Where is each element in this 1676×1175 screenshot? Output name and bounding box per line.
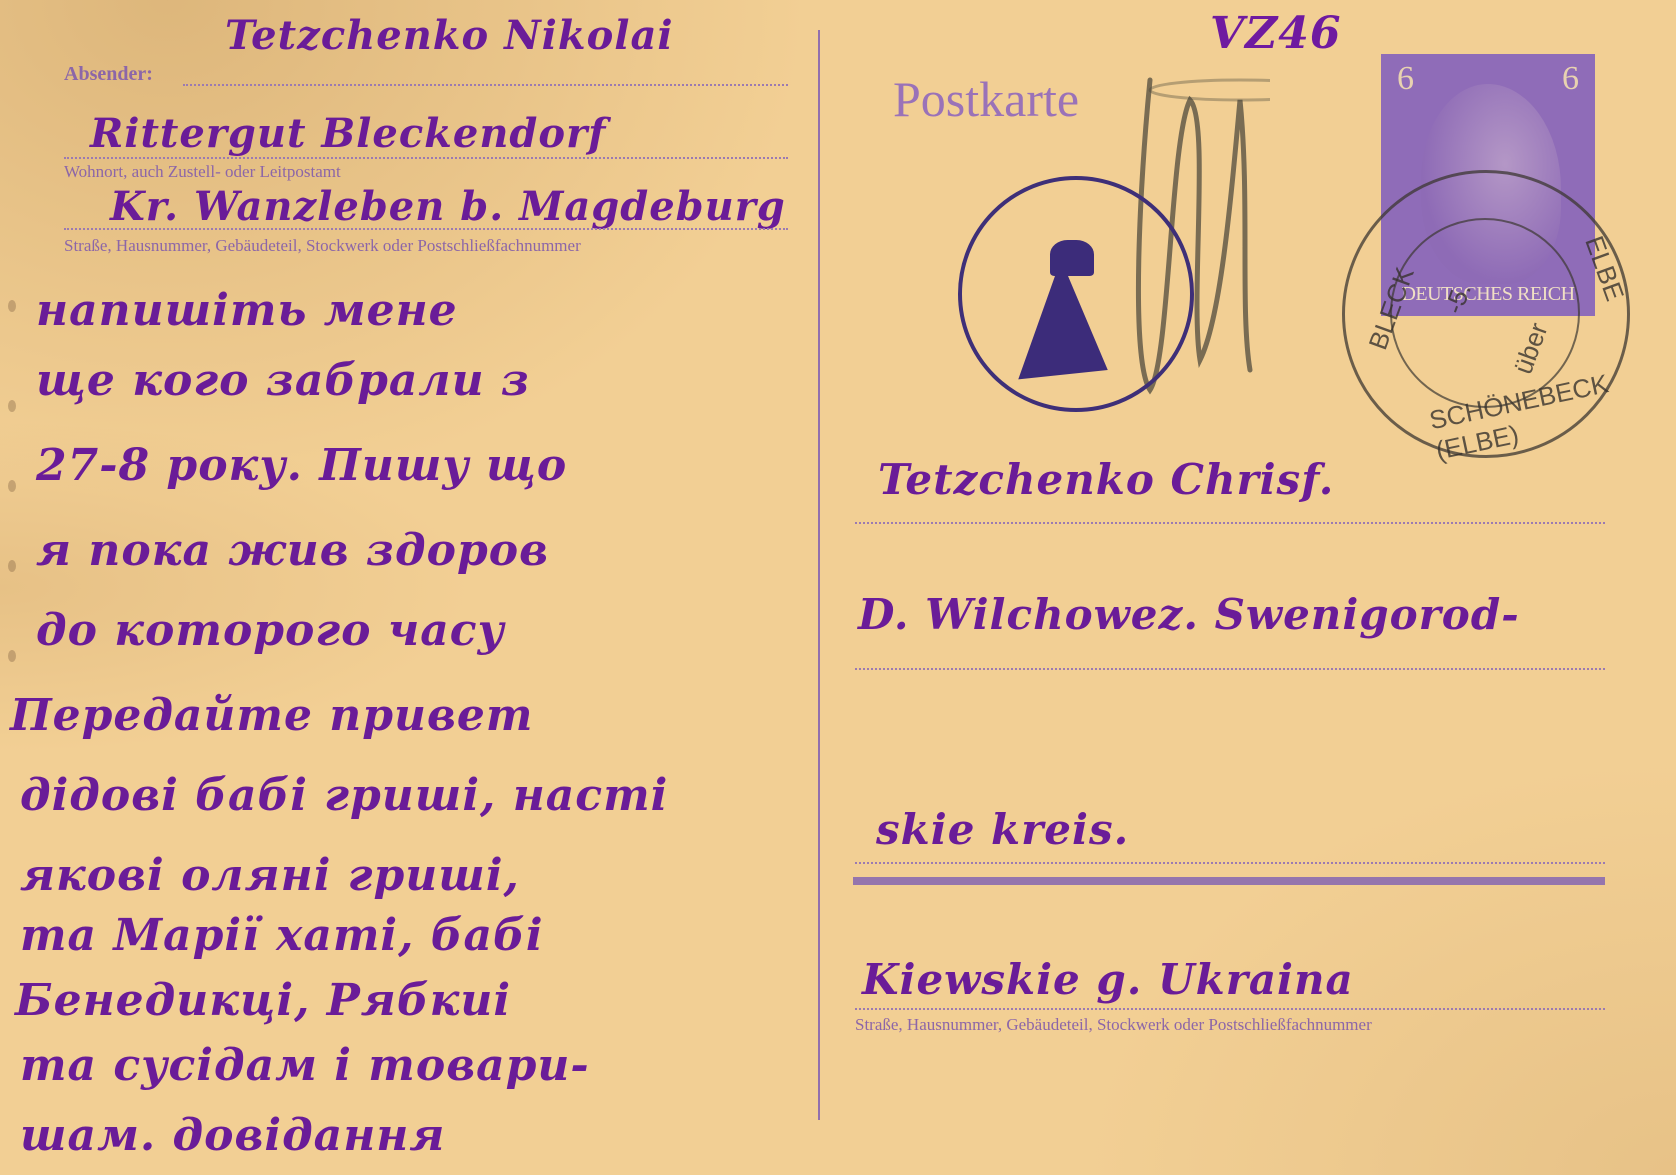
sender-street-label: Straße, Hausnummer, Gebäudeteil, Stockwe… [64, 236, 581, 256]
recipient-street-label: Straße, Hausnummer, Gebäudeteil, Stockwe… [855, 1015, 1372, 1035]
stamp-value-left: 6 [1397, 60, 1414, 98]
absender-label: Absender: [64, 63, 153, 86]
recipient-line-3: skie kreis. [876, 805, 1129, 854]
message-line: я пока жив здоров [36, 525, 549, 576]
card-divider [818, 30, 820, 1120]
recipient-underline-bar [853, 877, 1605, 885]
message-line: дідові бабі гриші, насті [20, 770, 668, 821]
sender-line-3 [64, 228, 788, 230]
recipient-dotted-4 [855, 1008, 1605, 1010]
recipient-dotted-1 [855, 522, 1605, 524]
recipient-dotted-2 [855, 668, 1605, 670]
message-line: якові оляні гриші, [20, 850, 520, 901]
recipient-line-1: Tetzchenko Chrisf. [878, 455, 1334, 504]
censor-stamp [958, 176, 1194, 412]
sender-line-1 [183, 84, 788, 86]
postcard: Tetzchenko Nikolai Absender: Rittergut B… [0, 0, 1676, 1175]
registration-note: VZ46 [1210, 8, 1342, 59]
message-line: Передайте привет [10, 690, 533, 741]
triangle-icon [1006, 256, 1108, 380]
message-line: 27-8 року. Пишу що [36, 440, 567, 491]
sender-line-2 [64, 157, 788, 159]
recipient-line-2: D. Wilchowez. Swenigorod- [858, 590, 1520, 639]
recipient-dotted-3 [855, 862, 1605, 864]
message-line: до которого часу [36, 605, 505, 656]
message-line: Бенедикці, Рябкиі [15, 975, 511, 1026]
message-line: та Марії хаті, бабі [20, 910, 544, 961]
postmark-right-text: ELBE [1578, 232, 1630, 305]
postkarte-title: Postkarte [893, 70, 1079, 128]
message-line: та сусідам і товари- [20, 1040, 590, 1091]
sender-name: Tetzchenko Nikolai [225, 12, 674, 59]
message-line: напишіть мене [36, 285, 458, 336]
stamp-value-right: 6 [1562, 60, 1579, 98]
message-line: шам. довідання [20, 1110, 445, 1161]
message-line: ще кого забрали з [36, 355, 530, 406]
postmark: BLECK ELBE -5. über SCHÖNEBECK (ELBE) [1342, 170, 1630, 458]
sender-district: Kr. Wanzleben b. Magdeburg [110, 183, 786, 230]
wohnort-label: Wohnort, auch Zustell- oder Leitpostamt [64, 162, 341, 182]
recipient-line-4: Kiewskie g. Ukraina [862, 955, 1354, 1004]
sender-place: Rittergut Bleckendorf [90, 110, 606, 157]
